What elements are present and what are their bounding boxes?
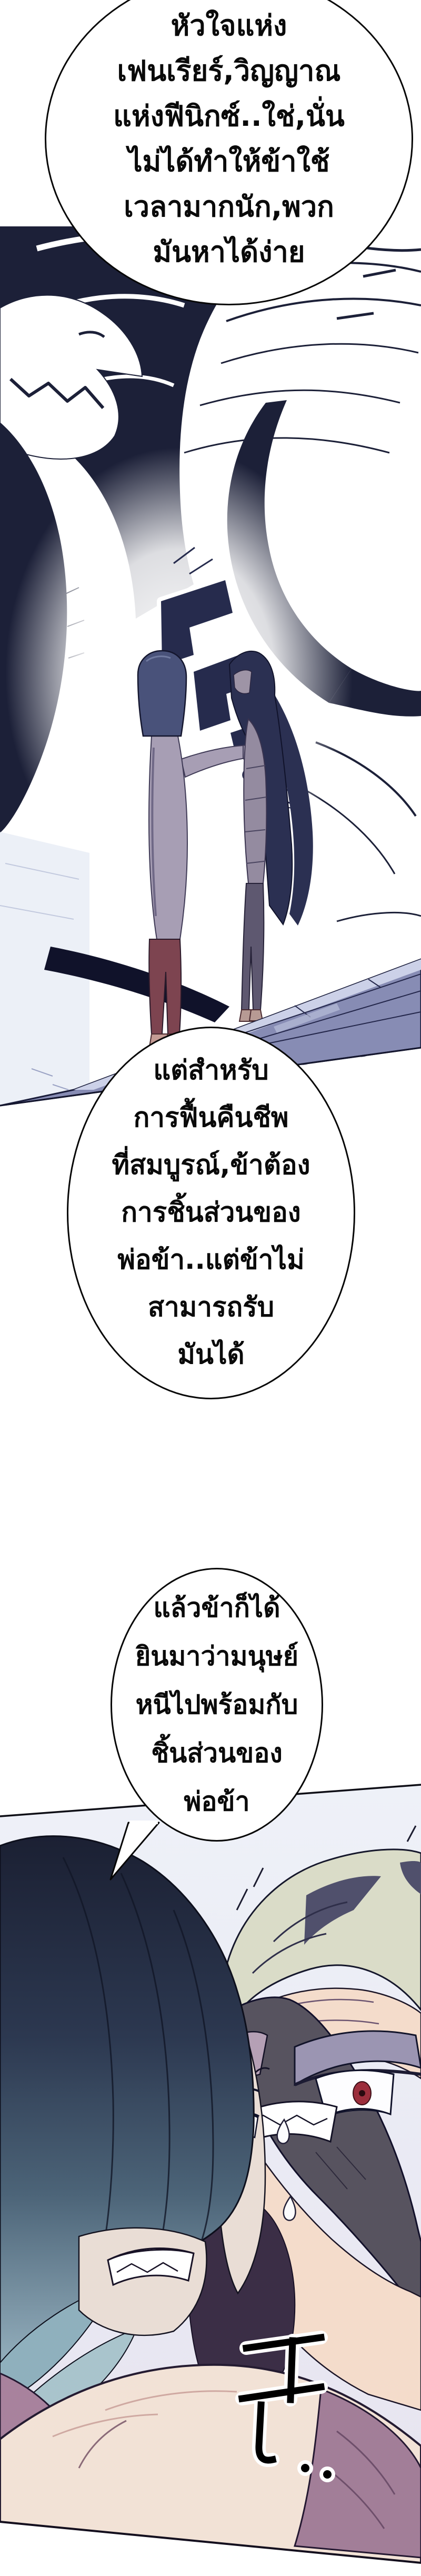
bubble-3-line: แล้วข้าก็ได้ xyxy=(153,1584,280,1632)
bubble-2-line: ที่สมบูรณ์,ข้าต้อง xyxy=(112,1142,310,1189)
bubble-2-line: การฟื้นคืนชีพ xyxy=(133,1095,288,1142)
creature-art-panel xyxy=(0,226,421,1111)
bubble-3-line: พ่อข้า xyxy=(184,1777,249,1826)
bubble-2-line: พ่อข้า..แต่ข้าไม่ xyxy=(117,1237,304,1284)
bubble-2-line: มันได้ xyxy=(177,1331,244,1379)
speech-bubble-3: แล้วข้าก็ได้ ยินมาว่ามนุษย์ หนีไปพร้อมกั… xyxy=(111,1568,323,1842)
bubble-1-line: มันหาได้ง่าย xyxy=(153,230,305,275)
bubble-1-line: เวลามากนัก,พวก xyxy=(124,184,334,230)
bubble-3-line: ยินมาว่ามนุษย์ xyxy=(135,1632,298,1680)
speech-bubble-3-tail xyxy=(104,1821,167,1883)
bubble-2-line: สามารถรับ xyxy=(148,1284,274,1331)
bubble-2-line: การชิ้นส่วนของ xyxy=(121,1189,300,1237)
bubble-1-line: ไม่ได้ทำให้ข้าใช้ xyxy=(128,139,329,184)
bubble-1-line: แห่งฟีนิกซ์..ใช่,นั่น xyxy=(113,94,345,139)
bubble-3-line: ชิ้นส่วนของ xyxy=(151,1729,283,1777)
speech-bubble-2: แต่สำหรับ การฟื้นคืนชีพ ที่สมบูรณ์,ข้าต้… xyxy=(67,1027,355,1399)
confrontation-panel xyxy=(0,1784,421,2576)
bubble-1-line: เฟนเรียร์,วิญญาณ xyxy=(117,48,341,94)
webtoon-page: { "page": {"type": "webtoon-episode-page… xyxy=(0,0,421,2576)
bubble-1-line: หัวใจแห่ง xyxy=(171,3,287,48)
creature-art xyxy=(0,226,421,1111)
bubble-2-line: แต่สำหรับ xyxy=(153,1047,268,1095)
confrontation-art xyxy=(0,1784,421,2576)
bubble-3-line: หนีไปพร้อมกับ xyxy=(136,1680,298,1729)
